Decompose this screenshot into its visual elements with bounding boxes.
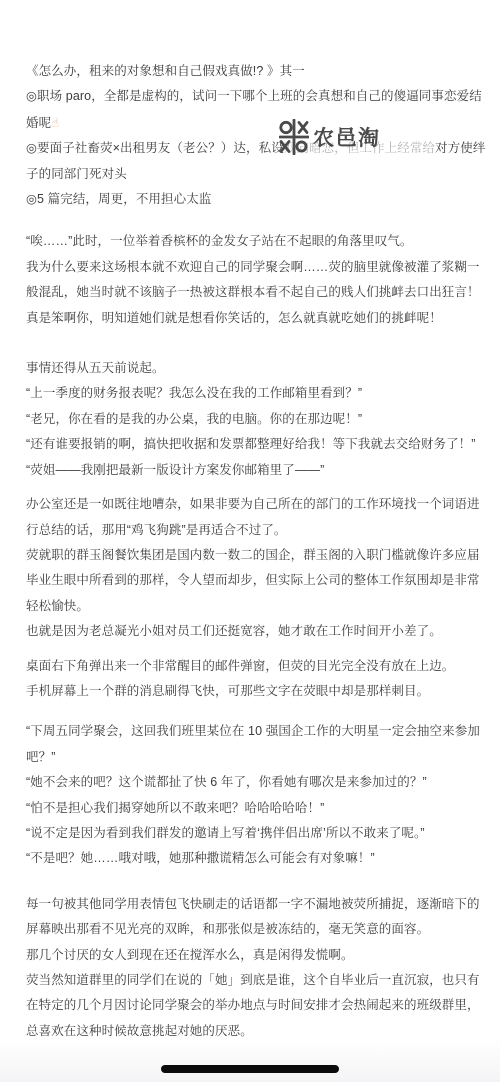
- story-section: 每一句被其他同学用表情包飞快刷走的话语都一字不漏地被荧所捕捉，逐渐暗下的屏幕映出…: [26, 892, 486, 1044]
- reading-page: 《怎么办，租来的对象想和自己假戏真做!? 》其一◎职场 paro，全都是虚构的，…: [0, 0, 500, 1082]
- text-run: ◎5 篇完结，周更，不用担心太监: [26, 192, 211, 206]
- text-run: ◎职场 paro，全都是虚构的，试问一下哪个上班的会真想和自己的傻逼同事恋爱结婚…: [26, 89, 482, 129]
- story-paragraph: 荧当然知道群里的同学们在说的「她」到底是谁，这个自毕业后一直沉寂，也只有在特定的…: [26, 968, 486, 1044]
- story-section: “下周五同学聚会，这回我们班里某位在 10 强国企工作的大明星一定会抽空来参加吧…: [26, 719, 486, 871]
- story-paragraph: ◎5 篇完结，周更，不用担心太监: [26, 187, 486, 212]
- text-run: “荧姐——我刚把最新一版设计方案发你邮箱里了——”: [26, 463, 324, 477]
- text-run: 每一句被其他同学用表情包飞快刷走的话语都一字不漏地被荧所捕捉，逐渐暗下的屏幕映出…: [26, 897, 480, 936]
- text-run: “下周五同学聚会，这回我们班里某位在 10 强国企工作的大明星一定会抽空来参加吧…: [26, 724, 480, 763]
- story-paragraph: 我为什么要来这场根本就不欢迎自己的同学聚会啊……荧的脑里就像被灌了浆糊一般混乱，…: [26, 255, 486, 306]
- story-paragraph: “下周五同学聚会，这回我们班里某位在 10 强国企工作的大明星一定会抽空来参加吧…: [26, 719, 486, 770]
- story-paragraph: 也就是因为老总凝光小姐对员工们还挺宽容，她才敢在工作时间开小差了。: [26, 619, 486, 644]
- story-paragraph: 那几个讨厌的女人到现在还在搅浑水么，真是闲得发慌啊。: [26, 943, 486, 968]
- story-paragraph: 手机屏幕上一个群的消息刷得飞快，可那些文字在荧眼中却是那样刺目。: [26, 679, 486, 704]
- text-run: “老兄，你在看的是我的办公桌，我的电脑。你的在那边呢！”: [26, 412, 362, 426]
- text-run: 荧就职的群玉阁餐饮集团是国内数一数二的国企，群玉阁的入职门槛就像许多应届毕业生眼…: [26, 548, 480, 613]
- text-run: “唉……”此时，一位举着香槟杯的金发女子站在不起眼的角落里叹气。: [26, 234, 413, 248]
- story-section: “唉……”此时，一位举着香槟杯的金发女子站在不起眼的角落里叹气。我为什么要来这场…: [26, 229, 486, 331]
- finger-emoji: ☝: [51, 115, 59, 130]
- story-paragraph: “唉……”此时，一位举着香槟杯的金发女子站在不起眼的角落里叹气。: [26, 229, 486, 254]
- home-indicator[interactable]: [161, 1065, 339, 1073]
- text-run: 桌面右下角弹出来一个非常醒目的邮件弹窗，但荧的目光完全没有放在上边。: [26, 659, 454, 673]
- text-run: 办公室还是一如既往地嘈杂，如果非要为自己所在的部门的工作环境找一个词语进行总结的…: [26, 497, 480, 536]
- text-run: 《怎么办，租来的对象想和自己假戏真做!? 》其一: [26, 64, 305, 78]
- story-paragraph: 《怎么办，租来的对象想和自己假戏真做!? 》其一: [26, 59, 486, 84]
- text-run: “上一季度的财务报表呢？我怎么没在我的工作邮箱里看到？”: [26, 386, 362, 400]
- story-paragraph: “老兄，你在看的是我的办公桌，我的电脑。你的在那边呢！”: [26, 407, 486, 432]
- story-paragraph: ◎职场 paro，全都是虚构的，试问一下哪个上班的会真想和自己的傻逼同事恋爱结婚…: [26, 84, 486, 136]
- text-run: 事情还得从五天前说起。: [26, 361, 165, 375]
- text-run: “还有谁要报销的啊，搞快把收据和发票都整理好给我！等下我就去交给财务了！”: [26, 437, 476, 451]
- story-paragraph: 荧就职的群玉阁餐饮集团是国内数一数二的国企，群玉阁的入职门槛就像许多应届毕业生眼…: [26, 543, 486, 619]
- story-paragraph: “怕不是担心我们揭穿她所以不敢来吧？哈哈哈哈哈！”: [26, 796, 486, 821]
- text-run: 手机屏幕上一个群的消息刷得飞快，可那些文字在荧眼中却是那样刺目。: [26, 684, 429, 698]
- story-paragraph: ◎要面子社畜荧×出租男友（老公？）达，私设双向暗恋，但工作上经常给对方使绊子的同…: [26, 136, 486, 187]
- story-section: 事情还得从五天前说起。“上一季度的财务报表呢？我怎么没在我的工作邮箱里看到？”“…: [26, 356, 486, 483]
- story-paragraph: 事情还得从五天前说起。: [26, 356, 486, 381]
- text-run: “她不会来的吧？这个谎都扯了快 6 年了，你看她有哪次是来参加过的？”: [26, 775, 427, 789]
- story-paragraph: 办公室还是一如既往地嘈杂，如果非要为自己所在的部门的工作环境找一个词语进行总结的…: [26, 492, 486, 543]
- story-paragraph: “她不会来的吧？这个谎都扯了快 6 年了，你看她有哪次是来参加过的？”: [26, 770, 486, 795]
- text-run: 荧当然知道群里的同学们在说的「她」到底是谁，这个自毕业后一直沉寂，也只有在特定的…: [26, 973, 480, 1038]
- story-paragraph: 桌面右下角弹出来一个非常醒目的邮件弹窗，但荧的目光完全没有放在上边。: [26, 654, 486, 679]
- text-run: ◎要面子社畜荧×出租男友（老公？）达，私设: [26, 141, 284, 155]
- text-run: 那几个讨厌的女人到现在还在搅浑水么，真是闲得发慌啊。: [26, 948, 354, 962]
- text-run: “不是吧？她……哦对哦，她那种撒谎精怎么可能会有对象嘛！”: [26, 851, 375, 865]
- story-paragraph: “荧姐——我刚把最新一版设计方案发你邮箱里了——”: [26, 458, 486, 483]
- text-run: 我为什么要来这场根本就不欢迎自己的同学聚会啊……荧的脑里就像被灌了浆糊一般混乱，…: [26, 260, 480, 299]
- story-paragraph: 每一句被其他同学用表情包飞快刷走的话语都一字不漏地被荧所捕捉，逐渐暗下的屏幕映出…: [26, 892, 486, 943]
- story-paragraph: “说不定是因为看到我们群发的邀请上写着‘携伴侣出席’所以不敢来了呢。”: [26, 821, 486, 846]
- text-run: 也就是因为老总凝光小姐对员工们还挺宽容，她才敢在工作时间开小差了。: [26, 624, 442, 638]
- story-section: 办公室还是一如既往地嘈杂，如果非要为自己所在的部门的工作环境找一个词语进行总结的…: [26, 492, 486, 644]
- story-paragraph: “上一季度的财务报表呢？我怎么没在我的工作邮箱里看到？”: [26, 381, 486, 406]
- text-run: “怕不是担心我们揭穿她所以不敢来吧？哈哈哈哈哈！”: [26, 801, 324, 815]
- story-section: 桌面右下角弹出来一个非常醒目的邮件弹窗，但荧的目光完全没有放在上边。手机屏幕上一…: [26, 654, 486, 705]
- story-paragraph: 真是笨啊你，明知道她们就是想看你笑话的，怎么就真就吃她们的挑衅呢！: [26, 306, 486, 331]
- bottom-bar-area: [0, 1040, 500, 1082]
- story-section: 《怎么办，租来的对象想和自己假戏真做!? 》其一◎职场 paro，全都是虚构的，…: [26, 59, 486, 212]
- story-text: 《怎么办，租来的对象想和自己假戏真做!? 》其一◎职场 paro，全都是虚构的，…: [26, 59, 486, 1044]
- story-paragraph: “不是吧？她……哦对哦，她那种撒谎精怎么可能会有对象嘛！”: [26, 846, 486, 871]
- text-run: 真是笨啊你，明知道她们就是想看你笑话的，怎么就真就吃她们的挑衅呢！: [26, 311, 442, 325]
- text-run: 双向暗恋，但工作上经常给: [284, 141, 435, 155]
- text-run: “说不定是因为看到我们群发的邀请上写着‘携伴侣出席’所以不敢来了呢。”: [26, 826, 425, 840]
- story-paragraph: “还有谁要报销的啊，搞快把收据和发票都整理好给我！等下我就去交给财务了！”: [26, 432, 486, 457]
